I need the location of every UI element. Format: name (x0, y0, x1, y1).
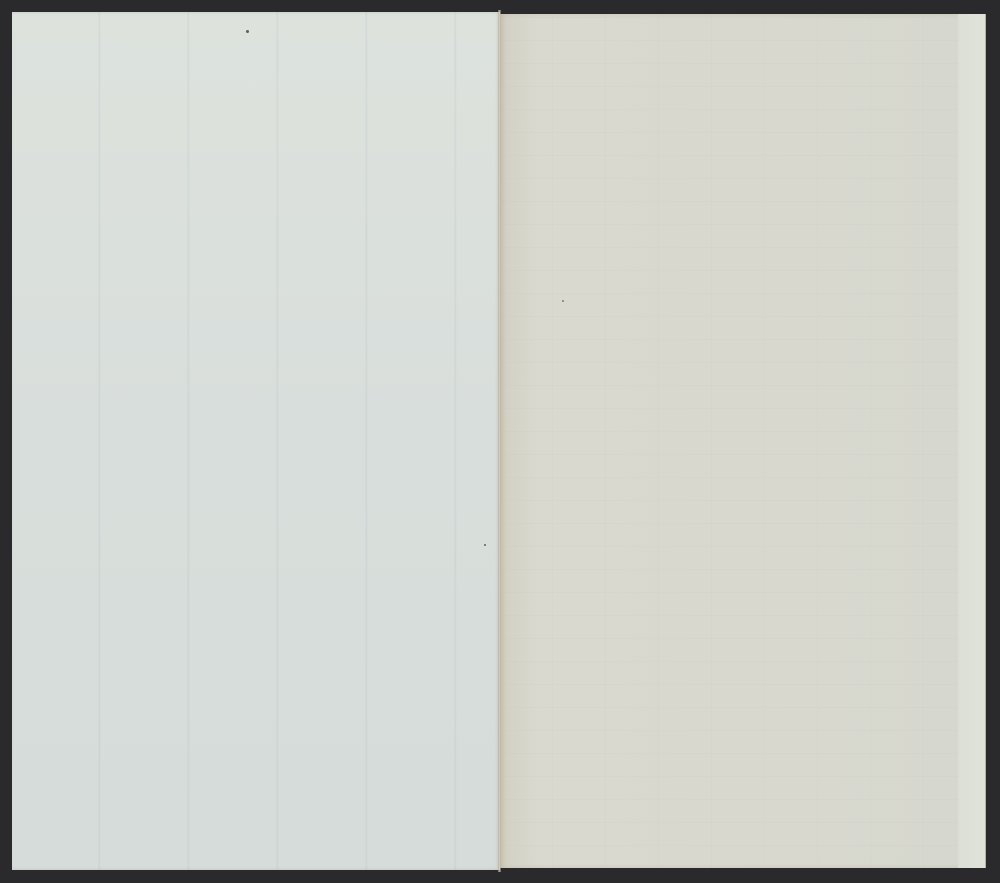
right-page-edge (958, 14, 986, 868)
book-spread (0, 0, 1000, 883)
left-page (12, 12, 500, 870)
book-gutter (498, 10, 501, 872)
paper-speck (246, 30, 249, 33)
paper-speck (562, 300, 564, 302)
paper-speck (484, 544, 486, 546)
right-page (500, 14, 976, 868)
